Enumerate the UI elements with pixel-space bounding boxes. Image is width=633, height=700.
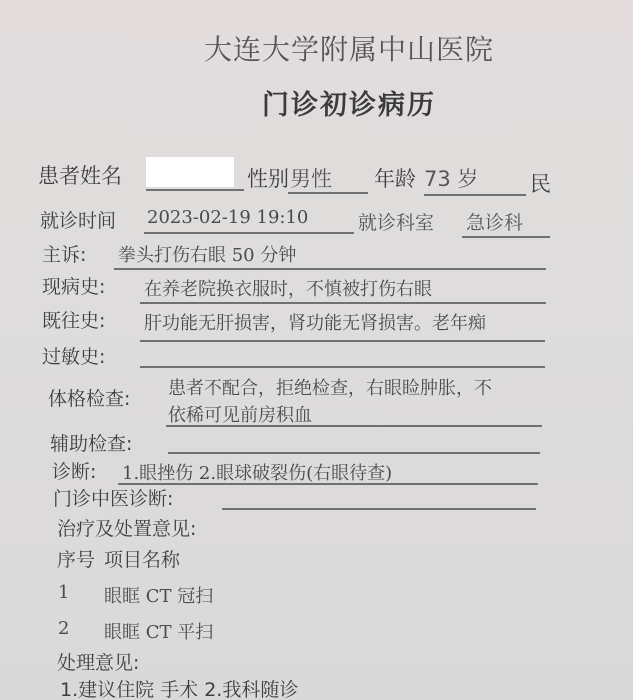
department-value: 急诊科 (466, 208, 523, 235)
tcm-diagnosis-label: 门诊中医诊断: (53, 484, 173, 511)
past-history-label: 既往史: (42, 306, 105, 333)
past-history-value: 肝功能无肝损害，肾功能无肾损害。老年痴 (144, 309, 547, 335)
visit-time-value: 2023-02-19 19:10 (147, 207, 308, 228)
patient-name-redaction (146, 157, 234, 187)
order-item-name: 眼眶 CT 冠扫 (104, 582, 213, 608)
allergy-underline (140, 366, 545, 368)
department-label: 就诊科室 (358, 208, 434, 235)
record-title: 门诊初诊病历 (262, 83, 436, 122)
age-label: 年龄 (374, 163, 416, 193)
treatment-label: 治疗及处置意见: (57, 514, 196, 541)
gender-value: 男性 (290, 163, 332, 193)
patient-name-label: 患者姓名 (38, 160, 122, 190)
disposition-value: 1.建议住院 手术 2.我科随诊 (60, 675, 298, 700)
age-value: 73 岁 (424, 163, 478, 193)
patient-name-underline (146, 189, 244, 191)
order-item-name: 眼眶 CT 平扫 (104, 618, 213, 644)
present-illness-label: 现病史: (42, 272, 105, 299)
aux-exam-underline (168, 452, 540, 454)
gender-label: 性别 (247, 163, 289, 193)
physical-exam-line1: 患者不配合，拒绝检查，右眼睑肿胀，不 (168, 374, 544, 400)
diagnosis-underline (118, 483, 538, 485)
age-underline (424, 194, 526, 196)
department-underline (462, 236, 550, 238)
ethnicity-label: 民 (530, 168, 551, 198)
visit-time-underline (144, 232, 354, 234)
order-item-no: 2 (58, 618, 69, 639)
physical-exam-label: 体格检查: (48, 384, 130, 411)
diagnosis-label: 诊断: (52, 457, 96, 484)
diagnosis-value: 1.眼挫伤 2.眼球破裂伤(右眼待查) (122, 459, 392, 485)
orders-header-name: 项目名称 (104, 545, 180, 572)
past-history-underline (140, 340, 545, 342)
physical-exam-line2: 依稀可见前房积血 (168, 401, 312, 427)
chief-complaint-value: 拳头打伤右眼 50 分钟 (118, 241, 296, 267)
hospital-name: 大连大学附属中山医院 (204, 28, 494, 68)
medical-record-page: 大连大学附属中山医院 门诊初诊病历 患者姓名 性别 男性 年龄 73 岁 民 就… (0, 0, 633, 700)
tcm-diagnosis-underline (222, 508, 536, 510)
chief-complaint-label: 主诉: (42, 240, 86, 267)
disposition-label: 处理意见: (57, 648, 139, 675)
aux-exam-label: 辅助检查: (50, 429, 132, 456)
physical-exam-underline (166, 425, 542, 427)
present-illness-value: 在养老院换衣服时，不慎被打伤右眼 (144, 275, 432, 301)
chief-complaint-underline (114, 268, 546, 270)
visit-time-label: 就诊时间 (40, 206, 116, 233)
gender-underline (288, 192, 368, 194)
present-illness-underline (140, 302, 546, 304)
order-item-no: 1 (58, 582, 69, 603)
orders-header-no: 序号 (57, 545, 95, 572)
allergy-label: 过敏史: (42, 342, 105, 369)
